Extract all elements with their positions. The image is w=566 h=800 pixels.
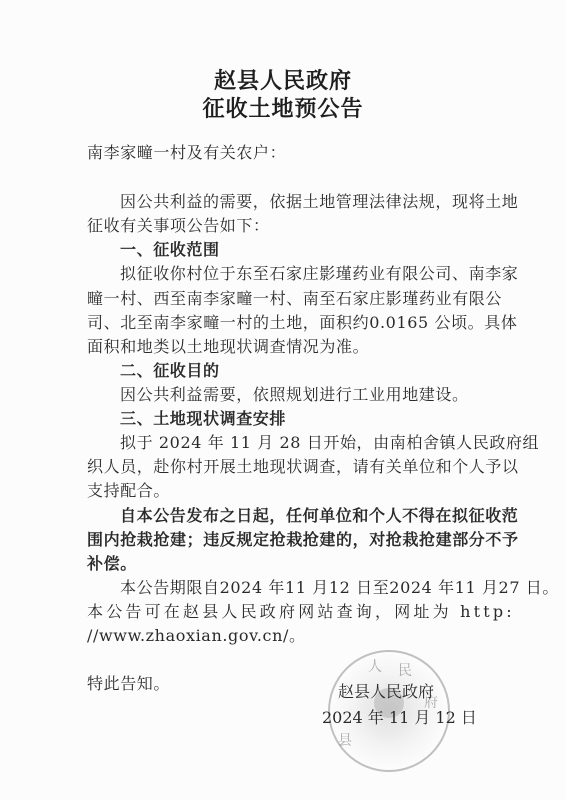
scope-line: 拟征收你村位于东至石家庄影瑾药业有限公司、南李家 — [120, 262, 520, 286]
website-line: 本公告可在赵县人民政府网站查询，网址为 http: — [87, 600, 487, 624]
section-heading-survey: 三、土地现状调查安排 — [120, 407, 520, 431]
signature-date: 2024 年 11 月 12 日 — [322, 706, 477, 730]
section-heading-purpose: 二、征收目的 — [120, 359, 520, 383]
scope-line: 疃一村、西至南李家疃一村、南至石家庄影瑾药业有限公 — [87, 287, 487, 311]
salutation: 南李家疃一村及有关农户： — [87, 141, 487, 165]
issuer-title: 赵县人民政府 — [0, 64, 566, 95]
scope-line: 司、北至南李家疃一村的土地，面积约0.0165 公顷。具体 — [87, 311, 487, 335]
survey-line: 支持配合。 — [87, 479, 487, 503]
notice-title: 征收土地预公告 — [0, 92, 566, 123]
notice-period: 本公告期限自2024 年11 月12 日至2024 年11 月27 日。 — [120, 576, 520, 600]
website-url: //www.zhaoxian.gov.cn/。 — [87, 624, 487, 648]
intro-line: 征收有关事项公告如下： — [87, 214, 487, 238]
warning-line: 围内抢栽抢建；违反规定抢栽抢建的，对抢栽抢建部分不予 — [87, 528, 487, 552]
warning-line: 补偿。 — [87, 552, 487, 576]
document-page: 赵县人民政府 征收土地预公告 南李家疃一村及有关农户： 因公共利益的需要，依据土… — [0, 0, 566, 800]
scope-line: 面积和地类以土地现状调查情况为准。 — [87, 335, 487, 359]
section-heading-scope: 一、征收范围 — [120, 238, 520, 262]
signature-issuer: 赵县人民政府 — [338, 680, 434, 704]
purpose-line: 因公共利益需要，依照规划进行工业用地建设。 — [120, 383, 520, 407]
intro-line: 因公共利益的需要，依据土地管理法律法规，现将土地 — [120, 190, 520, 214]
survey-line: 织人员，赴你村开展土地现状调查，请有关单位和个人予以 — [87, 455, 487, 479]
survey-line: 拟于 2024 年 11 月 28 日开始，由南柏舍镇人民政府组 — [120, 431, 520, 455]
warning-line: 自本公告发布之日起，任何单位和个人不得在拟征收范 — [120, 504, 520, 528]
